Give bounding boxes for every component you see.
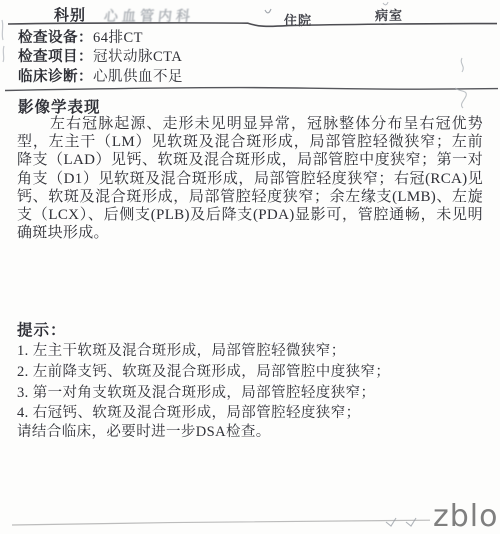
findings-paragraph: 左右冠脉起源、走形未见明显异常，冠脉整体分布呈右冠优势型，左主干（LM）见软斑及… [17,115,483,242]
tip-item-3: 3. 第一对角支软斑及混合斑形成，局部管腔轻度狭窄； [17,383,487,404]
tip-item-1: 1. 左主干软斑及混合斑形成，局部管腔轻微狭窄； [17,341,487,362]
exam-device-value: 64排CT [93,30,143,46]
scanned-report-page: 科别 心血管内科 住院 病室 检查设备：64排CT 检查项目：冠状动脉CTA 临… [0,0,500,534]
tips-heading: 提示： [17,318,67,340]
findings-rule-line [5,88,498,91]
exam-device-label: 检查设备： [18,30,93,46]
ward-label: 病室 [375,5,403,24]
findings-heading: 影像学表现 [18,95,101,117]
right-side-pencil-mark [455,58,466,108]
watermark-text: zblog [433,499,500,534]
clinical-diagnosis-value: 心肌供血不足 [93,69,183,85]
department-label: 科别 [54,4,86,25]
bottom-rule-line [12,520,430,525]
exam-info-block: 检查设备：64排CT 检查项目：冠状动脉CTA 临床诊断：心肌供血不足 [18,29,183,87]
clinical-diagnosis-label: 临床诊断： [18,69,93,85]
exam-device-row: 检查设备：64排CT [18,29,183,48]
tips-list: 1. 左主干软斑及混合斑形成，局部管腔轻微狭窄； 2. 左前降支钙、软斑及混合斑… [17,341,487,424]
exam-item-row: 检查项目：冠状动脉CTA [18,48,183,67]
department-handwriting: 心血管内科 [103,6,195,26]
admission-pencil-mark [265,9,271,13]
exam-item-value: 冠状动脉CTA [93,49,182,65]
left-edge-pencil-mark [2,20,4,62]
bottom-check-marks [386,518,416,526]
admission-label: 住院 [284,10,312,29]
tips-footer: 请结合临床，必要时进一步DSA检查。 [17,420,271,441]
exam-item-label: 检查项目： [18,49,93,65]
clinical-diagnosis-row: 临床诊断：心肌供血不足 [18,68,183,87]
tip-item-2: 2. 左前降支钙、软斑及混合斑形成，局部管腔中度狭窄； [17,362,487,383]
